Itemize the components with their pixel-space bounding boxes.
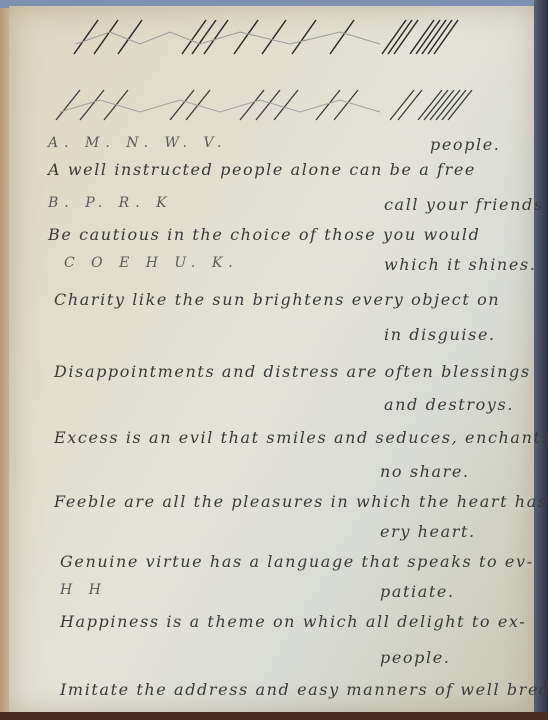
text-line: and destroys.: [384, 395, 514, 414]
text-line: call your friends: [384, 195, 544, 214]
text-line: Excess is an evil that smiles and seduce…: [54, 428, 548, 447]
text-line: ery heart.: [380, 522, 476, 541]
stroke-drill-row-2: [0, 86, 548, 130]
text-line: people.: [430, 135, 500, 154]
text-line: Disappointments and distress are often b…: [54, 362, 531, 381]
text-line: no share.: [380, 462, 470, 481]
page-bottom-edge: [0, 712, 548, 720]
text-line: people.: [380, 648, 450, 667]
text-line: in disguise.: [384, 325, 496, 344]
text-line: which it shines.: [384, 255, 536, 274]
text-line: Feeble are all the pleasures in which th…: [54, 492, 548, 511]
text-line: Charity like the sun brightens every obj…: [54, 290, 500, 309]
capital-drill-line-2: B. P. R. K: [48, 195, 173, 211]
text-line: A well instructed people alone can be a …: [48, 160, 476, 179]
text-line: patiate.: [380, 582, 455, 601]
capital-drill-line-1: A. M. N. W. V.: [48, 135, 227, 151]
stroke-drill-row-1: [0, 14, 548, 58]
text-line: Genuine virtue has a language that speak…: [60, 552, 534, 571]
text-line: Happiness is a theme on which all deligh…: [60, 612, 526, 631]
capital-drill-line-3: C O E H U. K.: [64, 255, 239, 271]
text-line: Imitate the address and easy manners of …: [60, 680, 548, 699]
capital-drill-line-4: H H: [60, 582, 107, 598]
text-line: Be cautious in the choice of those you w…: [48, 225, 480, 244]
